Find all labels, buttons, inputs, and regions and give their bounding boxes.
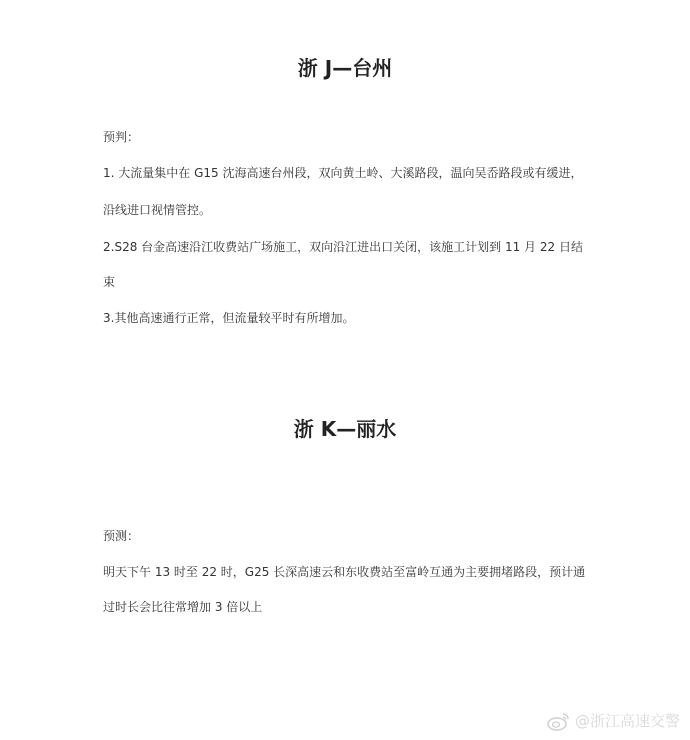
watermark-text: @浙江高速交警 — [575, 710, 680, 731]
weibo-icon — [547, 711, 571, 731]
section-label: 预测： — [103, 527, 139, 544]
watermark: @浙江高速交警 — [547, 710, 680, 731]
section-title: 浙 J—台州 — [0, 52, 690, 81]
text-line: 3.其他高速通行正常，但流量较平时有所增加。 — [103, 309, 354, 326]
section-title: 浙 K—丽水 — [0, 413, 690, 442]
section-label: 预判： — [103, 128, 139, 145]
text-line: 1. 大流量集中在 G15 沈海高速台州段，双向黄土岭、大溪路段，温向吴岙路段或… — [103, 164, 582, 181]
text-line: 束 — [103, 273, 115, 290]
text-line: 过时长会比往常增加 3 倍以上 — [103, 598, 262, 615]
text-line: 明天下午 13 时至 22 时，G25 长深高速云和东收费站至富岭互通为主要拥堵… — [103, 563, 585, 580]
text-line: 2.S28 台金高速沿江收费站广场施工，双向沿江进出口关闭，该施工计划到 11 … — [103, 238, 583, 255]
text-line: 沿线进口视情管控。 — [103, 201, 211, 218]
